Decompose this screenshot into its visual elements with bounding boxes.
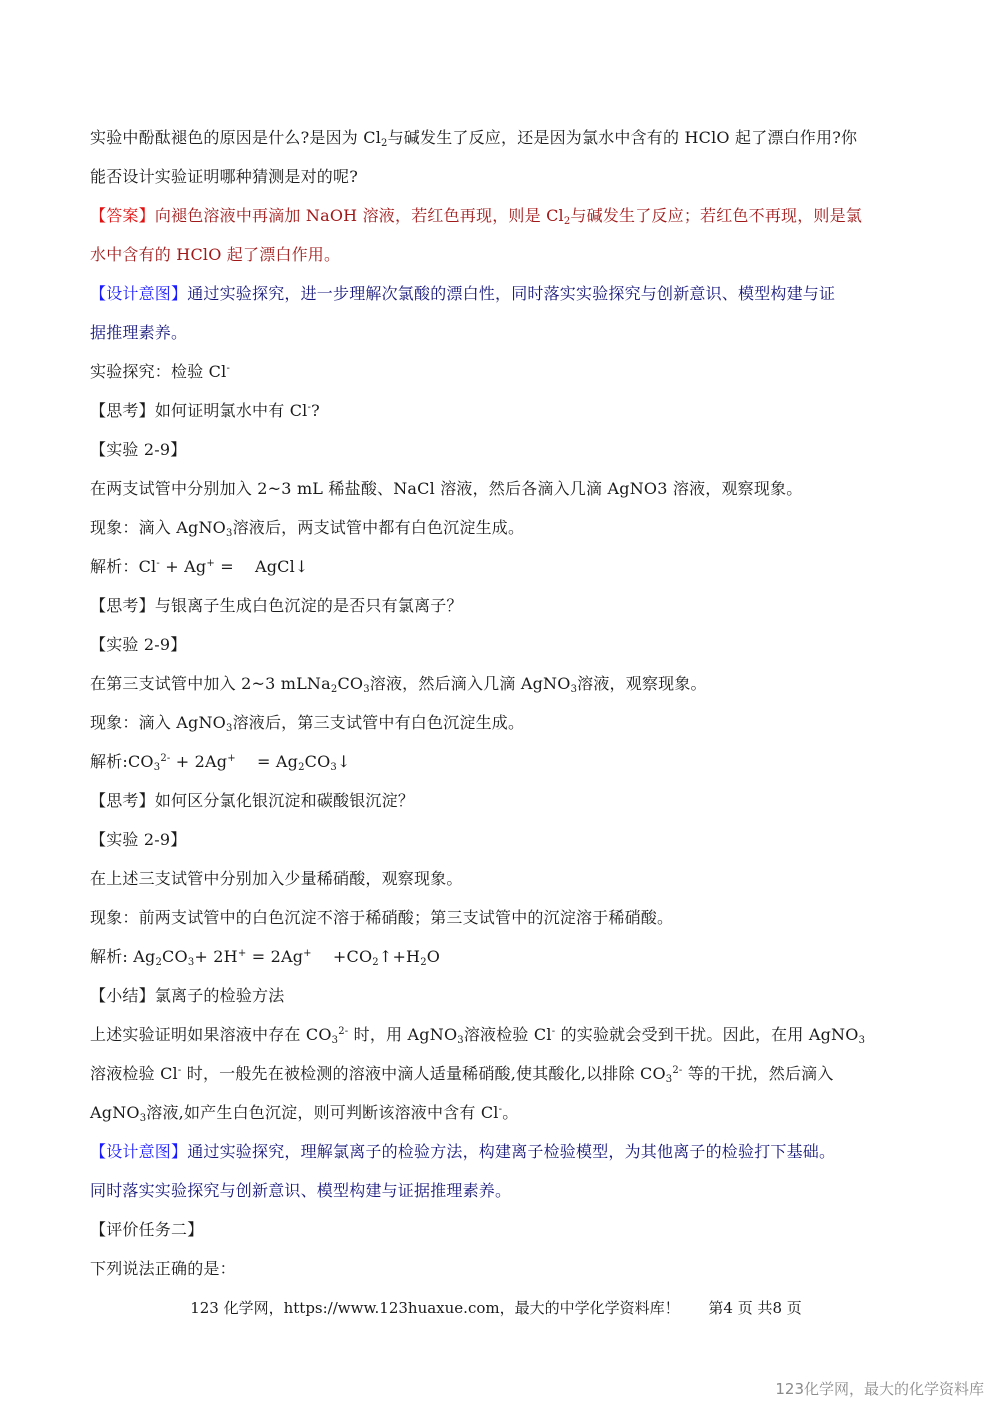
text: ?	[311, 401, 320, 420]
superscript: +	[227, 753, 236, 764]
text: 现象：滴入 AgNO	[90, 518, 226, 537]
page-footer: 123 化学网，https://www.123huaxue.com，最大的中学化…	[0, 1297, 992, 1318]
text: 如何证明氯水中有 Cl	[155, 401, 308, 420]
design-intent-line-1: 【设计意图】通过实验探究，进一步理解次氯酸的漂白性，同时落实实验探究与创新意识、…	[90, 274, 904, 313]
text: = Ag	[236, 752, 298, 771]
summary-line-3: AgNO3溶液,如产生白色沉淀，则可判断该溶液中含有 Cl-。	[90, 1093, 904, 1132]
intro-question-line-1: 实验中酚酞褪色的原因是什么?是因为 Cl2与碱发生了反应，还是因为氯水中含有的 …	[90, 118, 904, 157]
document-page: 实验中酚酞褪色的原因是什么?是因为 Cl2与碱发生了反应，还是因为氯水中含有的 …	[90, 118, 904, 1288]
think-2: 【思考】与银离子生成白色沉淀的是否只有氯离子？	[90, 586, 904, 625]
text: 实验中酚酞褪色的原因是什么?是因为	[90, 128, 363, 147]
text: + 2H	[194, 947, 237, 966]
design-intent-2-line-1: 【设计意图】通过实验探究，理解氯离子的检验方法，构建离子检验模型，为其他离子的检…	[90, 1132, 904, 1171]
text: 时，用 AgNO	[348, 1025, 457, 1044]
text: 在第三支试管中加入 2~3 mLNa	[90, 674, 331, 693]
text: 在上述三支试管中分别加入少量稀硝酸，观察现象。	[90, 869, 463, 888]
text: 水中含有的 HClO 起了漂白作用。	[90, 245, 340, 264]
text: 等的干扰，然后滴入	[682, 1064, 833, 1083]
experiment-1-phenomenon: 现象：滴入 AgNO3溶液后，两支试管中都有白色沉淀生成。	[90, 508, 904, 547]
question-prompt: 下列说法正确的是：	[90, 1249, 904, 1288]
text: 【实验 2-9】	[90, 830, 186, 849]
text: + Ag	[160, 557, 206, 576]
text: 时，一般先在被检测的溶液中滴人适量稀硝酸,使其酸化,以排除 CO	[181, 1064, 665, 1083]
text: 在两支试管中分别加入 2~3 mL 稀盐酸、NaCl 溶液，然后各滴入几滴 Ag…	[90, 479, 802, 498]
think-label: 【思考】	[90, 791, 155, 810]
experiment-3-phenomenon: 现象：前两支试管中的白色沉淀不溶于稀硝酸；第三支试管中的沉淀溶于稀硝酸。	[90, 898, 904, 937]
design-intent-line-2: 据推理素养。	[90, 313, 904, 352]
text: 下列说法正确的是：	[90, 1259, 236, 1278]
text: 与碱发生了反应；若红色不再现，则是氯	[570, 206, 862, 225]
text: = AgCl↓	[215, 557, 309, 576]
text: CO	[337, 674, 363, 693]
chem-cl2: Cl	[546, 206, 564, 225]
text: 上述实验证明如果溶液中存在 CO	[90, 1025, 332, 1044]
think-label: 【思考】	[90, 596, 155, 615]
text: 与银离子生成白色沉淀的是否只有氯离子？	[155, 596, 463, 615]
text: 【实验 2-9】	[90, 440, 186, 459]
text: 据推理素养。	[90, 323, 187, 342]
text: 现象：滴入 AgNO	[90, 713, 226, 732]
think-1: 【思考】如何证明氯水中有 Cl-?	[90, 391, 904, 430]
experiment-1-description: 在两支试管中分别加入 2~3 mL 稀盐酸、NaCl 溶液，然后各滴入几滴 Ag…	[90, 469, 904, 508]
text: = 2Ag	[246, 947, 303, 966]
text: CO	[305, 752, 331, 771]
text: 实验探究：检验 Cl	[90, 362, 226, 381]
text: 溶液,如产生白色沉淀，则可判断该溶液中含有 Cl	[146, 1103, 498, 1122]
superscript: +	[206, 558, 215, 569]
text: 。	[502, 1103, 518, 1122]
text: 的实验就会受到干扰。因此，在用 AgNO	[555, 1025, 858, 1044]
text: CO	[162, 947, 188, 966]
text: 【实验 2-9】	[90, 635, 186, 654]
design-intent-label: 【设计意图】	[90, 284, 187, 303]
text: + 2Ag	[170, 752, 227, 771]
text: ↑+H	[379, 947, 420, 966]
experiment-3-label: 【实验 2-9】	[90, 820, 904, 859]
experiment-2-analysis: 解析:CO32- + 2Ag+ = Ag2CO3↓	[90, 742, 904, 781]
experiment-2-description: 在第三支试管中加入 2~3 mLNa2CO3溶液，然后滴入几滴 AgNO3溶液，…	[90, 664, 904, 703]
text: 向褪色溶液中再滴加 NaOH 溶液，若红色再现，则是	[155, 206, 546, 225]
experiment-1-label: 【实验 2-9】	[90, 430, 904, 469]
watermark: 123化学网，最大的化学资料库	[775, 1378, 984, 1399]
text: 解析: Ag	[90, 947, 155, 966]
summary-line-2: 溶液检验 Cl- 时，一般先在被检测的溶液中滴人适量稀硝酸,使其酸化,以排除 C…	[90, 1054, 904, 1093]
answer-label: 【答案】	[90, 206, 155, 225]
subscript: 3	[859, 1035, 866, 1046]
summary-label: 【小结】	[90, 986, 155, 1005]
superscript: -	[226, 363, 230, 374]
think-label: 【思考】	[90, 401, 155, 420]
chem-cl2: Cl	[363, 128, 381, 147]
explore-title: 实验探究：检验 Cl-	[90, 352, 904, 391]
text: 溶液检验 Cl	[90, 1064, 178, 1083]
page-number-current: 第4 页	[708, 1299, 752, 1317]
experiment-3-description: 在上述三支试管中分别加入少量稀硝酸，观察现象。	[90, 859, 904, 898]
design-intent-2-line-2: 同时落实实验探究与创新意识、模型构建与证据推理素养。	[90, 1171, 904, 1210]
answer-line-1: 【答案】向褪色溶液中再滴加 NaOH 溶液，若红色再现，则是 Cl2与碱发生了反…	[90, 196, 904, 235]
experiment-2-label: 【实验 2-9】	[90, 625, 904, 664]
superscript: +	[303, 948, 312, 959]
text: 与碱发生了反应，还是因为氯水中含有的 HClO 起了漂白作用?你	[388, 128, 858, 147]
text: 氯离子的检验方法	[155, 986, 285, 1005]
text: +CO	[312, 947, 373, 966]
text: 同时落实实验探究与创新意识、模型构建与证据推理素养。	[90, 1181, 511, 1200]
superscript: 2-	[338, 1026, 348, 1037]
text: 溶液后，两支试管中都有白色沉淀生成。	[233, 518, 525, 537]
text: 解析:CO	[90, 752, 154, 771]
page-number-total: 共8 页	[757, 1299, 801, 1317]
experiment-3-analysis: 解析: Ag2CO3+ 2H+ = 2Ag+ +CO2↑+H2O	[90, 937, 904, 976]
text: 如何区分氯化银沉淀和碳酸银沉淀？	[155, 791, 414, 810]
text: 溶液，然后滴入几滴 AgNO	[370, 674, 571, 693]
text: 溶液检验 Cl	[464, 1025, 552, 1044]
text: 现象：前两支试管中的白色沉淀不溶于稀硝酸；第三支试管中的沉淀溶于稀硝酸。	[90, 908, 673, 927]
text: 解析：Cl	[90, 557, 156, 576]
design-intent-label: 【设计意图】	[90, 1142, 187, 1161]
think-3: 【思考】如何区分氯化银沉淀和碳酸银沉淀？	[90, 781, 904, 820]
text: 溶液，观察现象。	[577, 674, 707, 693]
text: 能否设计实验证明哪种猜测是对的呢?	[90, 167, 358, 186]
intro-question-line-2: 能否设计实验证明哪种猜测是对的呢?	[90, 157, 904, 196]
superscript: 2-	[672, 1065, 682, 1076]
summary-line-1: 上述实验证明如果溶液中存在 CO32- 时，用 AgNO3溶液检验 Cl- 的实…	[90, 1015, 904, 1054]
text: 通过实验探究，进一步理解次氯酸的漂白性，同时落实实验探究与创新意识、模型构建与证	[187, 284, 835, 303]
text: ↓	[337, 752, 351, 771]
summary-title: 【小结】氯离子的检验方法	[90, 976, 904, 1015]
experiment-2-phenomenon: 现象：滴入 AgNO3溶液后，第三支试管中有白色沉淀生成。	[90, 703, 904, 742]
experiment-1-analysis: 解析：Cl- + Ag+ = AgCl↓	[90, 547, 904, 586]
answer-line-2: 水中含有的 HClO 起了漂白作用。	[90, 235, 904, 274]
text: O	[427, 947, 440, 966]
superscript: 2-	[160, 753, 170, 764]
text: 溶液后，第三支试管中有白色沉淀生成。	[233, 713, 525, 732]
text: 【评价任务二】	[90, 1220, 203, 1239]
text: AgNO	[90, 1103, 140, 1122]
evaluation-task-title: 【评价任务二】	[90, 1210, 904, 1249]
footer-site-text: 123 化学网，https://www.123huaxue.com，最大的中学化…	[190, 1299, 679, 1317]
text: 通过实验探究，理解氯离子的检验方法，构建离子检验模型，为其他离子的检验打下基础。	[187, 1142, 835, 1161]
